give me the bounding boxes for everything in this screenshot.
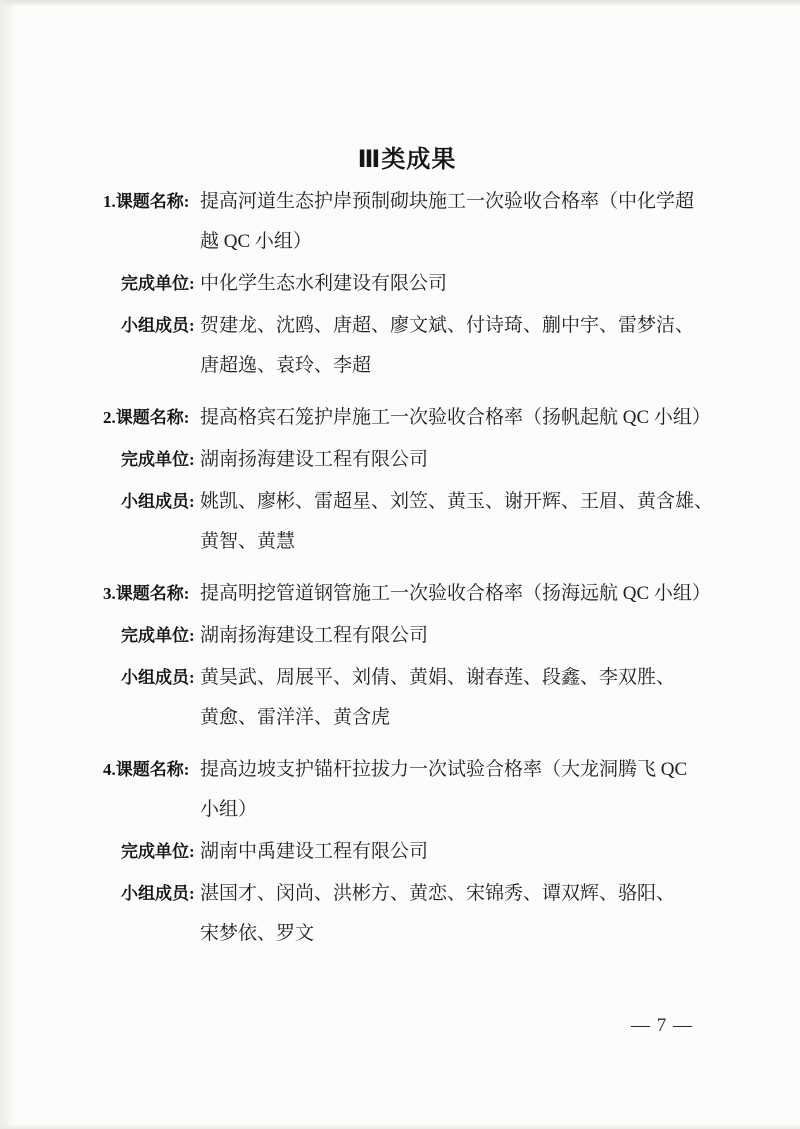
members-row: 小组成员: 黄昊武、周展平、刘倩、黄娟、谢春莲、段鑫、李双胜、 黄愈、雷洋洋、黄… [103, 658, 717, 738]
item-number: 3. [103, 584, 116, 603]
item-number: 4. [103, 760, 116, 779]
field-label-topic: 课题名称: [116, 408, 190, 427]
field-label-members: 小组成员: [103, 482, 200, 562]
unit-text: 湖南扬海建设工程有限公司 [200, 440, 714, 480]
field-label-topic: 课题名称: [116, 760, 190, 779]
field-label-unit: 完成单位: [103, 440, 200, 480]
members-row: 小组成员: 姚凯、廖彬、雷超星、刘笠、黄玉、谢开辉、王眉、黄含雄、 黄智、黄慧 [103, 482, 717, 562]
page-number: — 7 — [631, 1012, 693, 1040]
field-label-members: 小组成员: [103, 874, 200, 954]
results-list: 1.课题名称: 提高河道生态护岸预制砌块施工一次验收合格率（中化学超 越 QC … [0, 182, 800, 954]
scan-edge-top [0, 0, 800, 7]
topic-text: 提高边坡支护锚杆拉拔力一次试验合格率（大龙洞腾飞 QC 小组） [200, 750, 714, 830]
unit-row: 完成单位: 湖南中禹建设工程有限公司 [103, 832, 717, 872]
unit-text: 湖南中禹建设工程有限公司 [200, 832, 714, 872]
members-row: 小组成员: 贺建龙、沈鸥、唐超、廖文斌、付诗琦、蒯中宇、雷梦洁、 唐超逸、袁玲、… [103, 306, 717, 386]
result-item-2: 2.课题名称: 提高格宾石笼护岸施工一次验收合格率（扬帆起航 QC 小组） 完成… [103, 398, 717, 562]
document-page: Ⅲ类成果 1.课题名称: 提高河道生态护岸预制砌块施工一次验收合格率（中化学超 … [0, 0, 800, 1129]
result-item-4: 4.课题名称: 提高边坡支护锚杆拉拔力一次试验合格率（大龙洞腾飞 QC 小组） … [103, 750, 717, 954]
topic-row: 4.课题名称: 提高边坡支护锚杆拉拔力一次试验合格率（大龙洞腾飞 QC 小组） [103, 750, 717, 830]
page-title: Ⅲ类成果 [0, 0, 800, 178]
item-number: 2. [103, 408, 116, 427]
unit-row: 完成单位: 湖南扬海建设工程有限公司 [103, 440, 717, 480]
scan-edge-bottom [0, 1124, 800, 1129]
unit-row: 完成单位: 中化学生态水利建设有限公司 [103, 264, 717, 304]
topic-row: 2.课题名称: 提高格宾石笼护岸施工一次验收合格率（扬帆起航 QC 小组） [103, 398, 717, 438]
unit-text: 湖南扬海建设工程有限公司 [200, 616, 714, 656]
members-row: 小组成员: 湛国才、闵尚、洪彬方、黄恋、宋锦秀、谭双辉、骆阳、 宋梦依、罗文 [103, 874, 717, 954]
topic-label: 3.课题名称: [103, 574, 200, 614]
topic-text: 提高明挖管道钢管施工一次验收合格率（扬海远航 QC 小组） [200, 574, 714, 614]
topic-label: 2.课题名称: [103, 398, 200, 438]
item-number: 1. [103, 192, 116, 211]
topic-label: 1.课题名称: [103, 182, 200, 262]
field-label-members: 小组成员: [103, 306, 200, 386]
topic-text: 提高格宾石笼护岸施工一次验收合格率（扬帆起航 QC 小组） [200, 398, 714, 438]
unit-row: 完成单位: 湖南扬海建设工程有限公司 [103, 616, 717, 656]
members-text: 湛国才、闵尚、洪彬方、黄恋、宋锦秀、谭双辉、骆阳、 宋梦依、罗文 [200, 874, 714, 954]
topic-row: 3.课题名称: 提高明挖管道钢管施工一次验收合格率（扬海远航 QC 小组） [103, 574, 717, 614]
members-text: 黄昊武、周展平、刘倩、黄娟、谢春莲、段鑫、李双胜、 黄愈、雷洋洋、黄含虎 [200, 658, 714, 738]
topic-text: 提高河道生态护岸预制砌块施工一次验收合格率（中化学超 越 QC 小组） [200, 182, 714, 262]
unit-text: 中化学生态水利建设有限公司 [200, 264, 714, 304]
members-text: 姚凯、廖彬、雷超星、刘笠、黄玉、谢开辉、王眉、黄含雄、 黄智、黄慧 [200, 482, 714, 562]
field-label-members: 小组成员: [103, 658, 200, 738]
scan-edge-left [0, 0, 16, 1129]
field-label-topic: 课题名称: [116, 192, 190, 211]
field-label-unit: 完成单位: [103, 616, 200, 656]
result-item-1: 1.课题名称: 提高河道生态护岸预制砌块施工一次验收合格率（中化学超 越 QC … [103, 182, 717, 386]
members-text: 贺建龙、沈鸥、唐超、廖文斌、付诗琦、蒯中宇、雷梦洁、 唐超逸、袁玲、李超 [200, 306, 714, 386]
topic-label: 4.课题名称: [103, 750, 200, 830]
topic-row: 1.课题名称: 提高河道生态护岸预制砌块施工一次验收合格率（中化学超 越 QC … [103, 182, 717, 262]
result-item-3: 3.课题名称: 提高明挖管道钢管施工一次验收合格率（扬海远航 QC 小组） 完成… [103, 574, 717, 738]
field-label-unit: 完成单位: [103, 832, 200, 872]
field-label-unit: 完成单位: [103, 264, 200, 304]
field-label-topic: 课题名称: [116, 584, 190, 603]
